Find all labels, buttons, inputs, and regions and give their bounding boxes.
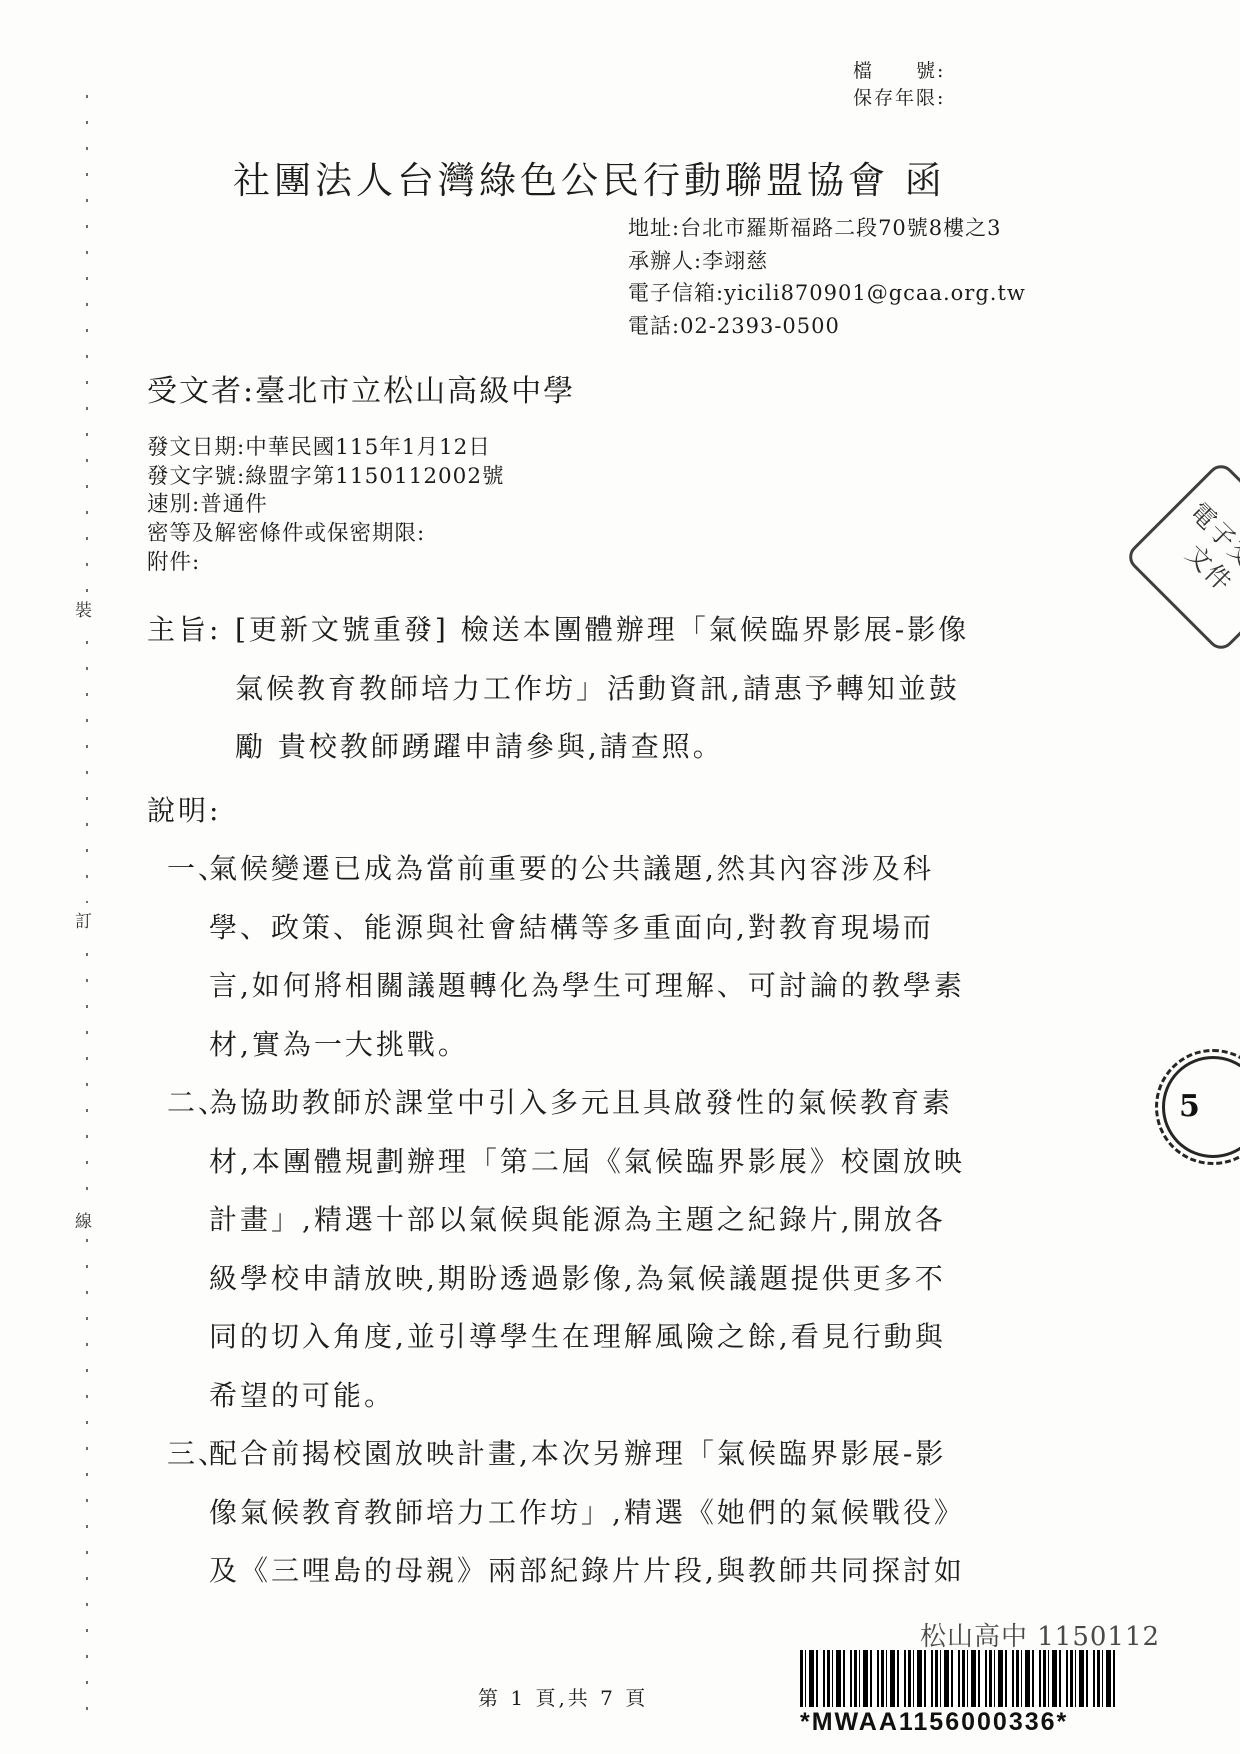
- document-meta-block: 發文日期:中華民國115年1月12日 發文字號:綠盟字第1150112002號 …: [147, 434, 505, 578]
- electronic-exchange-stamp: 電子交換 文件: [1123, 459, 1240, 654]
- sender-email: 電子信箱:yicili870901@gcaa.org.tw: [628, 277, 1026, 310]
- electronic-exchange-stamp-text: 電子交換 文件: [1159, 495, 1240, 618]
- item-3-marker: 三、: [167, 1425, 229, 1484]
- issue-date-line: 發文日期:中華民國115年1月12日: [147, 434, 505, 463]
- description-label: 說明:: [147, 782, 1047, 841]
- page-number: 第 1 頁,共 7 頁: [478, 1682, 648, 1711]
- doc-number-line: 發文字號:綠盟字第1150112002號: [147, 463, 505, 492]
- subject-label: 主旨:: [147, 601, 235, 660]
- official-letter-page: 檔 號: 保存年限: 社團法人台灣綠色公民行動聯盟協會 函 地址:台北市羅斯福路…: [0, 0, 1240, 1754]
- page-seal-number: 5: [1179, 1089, 1200, 1124]
- barcode-text: *MWAA1156000336*: [800, 1708, 1068, 1737]
- binding-mark-ding: 訂: [75, 903, 92, 936]
- speed-line: 速別:普通件: [147, 491, 505, 520]
- barcode: [800, 1650, 1118, 1707]
- sender-contact-person: 承辦人:李翊慈: [628, 245, 1026, 278]
- recipient-line: 受文者:臺北市立松山高級中學: [147, 366, 575, 410]
- security-line: 密等及解密條件或保密期限:: [147, 520, 505, 549]
- item-2-marker: 二、: [167, 1074, 229, 1133]
- subject-section: 主旨: [更新文號重發] 檢送本團體辦理「氣候臨界影展-影像 氣候教育教師培力工…: [147, 601, 1047, 777]
- binding-mark-zhuang: 裝: [75, 592, 92, 625]
- organization-title: 社團法人台灣綠色公民行動聯盟協會 函: [233, 150, 946, 204]
- description-item-2: 二、 為協助教師於課堂中引入多元且具啟發性的氣候教育素 材,本團體規劃辦理「第二…: [147, 1074, 1047, 1425]
- sender-address: 地址:台北市羅斯福路二段70號8樓之3: [628, 212, 1026, 245]
- page-seal-stamp: 5: [1162, 1056, 1240, 1158]
- item-1-text: 氣候變遷已成為當前重要的公共議題,然其內容涉及科 學、政策、能源與社會結構等多重…: [209, 840, 1047, 1074]
- description-item-1: 一、 氣候變遷已成為當前重要的公共議題,然其內容涉及科 學、政策、能源與社會結構…: [147, 840, 1047, 1074]
- sender-info-block: 地址:台北市羅斯福路二段70號8樓之3 承辦人:李翊慈 電子信箱:yicili8…: [628, 212, 1026, 342]
- retention-period-label: 保存年限:: [853, 85, 945, 112]
- file-number-block: 檔 號: 保存年限:: [853, 58, 945, 112]
- item-1-marker: 一、: [167, 840, 229, 899]
- item-3-text: 配合前揭校園放映計畫,本次另辦理「氣候臨界影展-影 像氣候教育教師培力工作坊」,…: [209, 1425, 1047, 1601]
- letter-body: 主旨: [更新文號重發] 檢送本團體辦理「氣候臨界影展-影像 氣候教育教師培力工…: [147, 601, 1047, 1601]
- file-number-label: 檔 號:: [853, 58, 945, 85]
- sender-phone: 電話:02-2393-0500: [628, 310, 1026, 343]
- item-2-text: 為協助教師於課堂中引入多元且具啟發性的氣候教育素 材,本團體規劃辦理「第二屆《氣…: [209, 1074, 1047, 1425]
- school-reference-label: 松山高中 1150112: [920, 1616, 1160, 1653]
- attachment-line: 附件:: [147, 549, 505, 578]
- binding-mark-xian: 線: [75, 1203, 92, 1236]
- description-item-3: 三、 配合前揭校園放映計畫,本次另辦理「氣候臨界影展-影 像氣候教育教師培力工作…: [147, 1425, 1047, 1601]
- subject-text: [更新文號重發] 檢送本團體辦理「氣候臨界影展-影像 氣候教育教師培力工作坊」活…: [235, 601, 1047, 777]
